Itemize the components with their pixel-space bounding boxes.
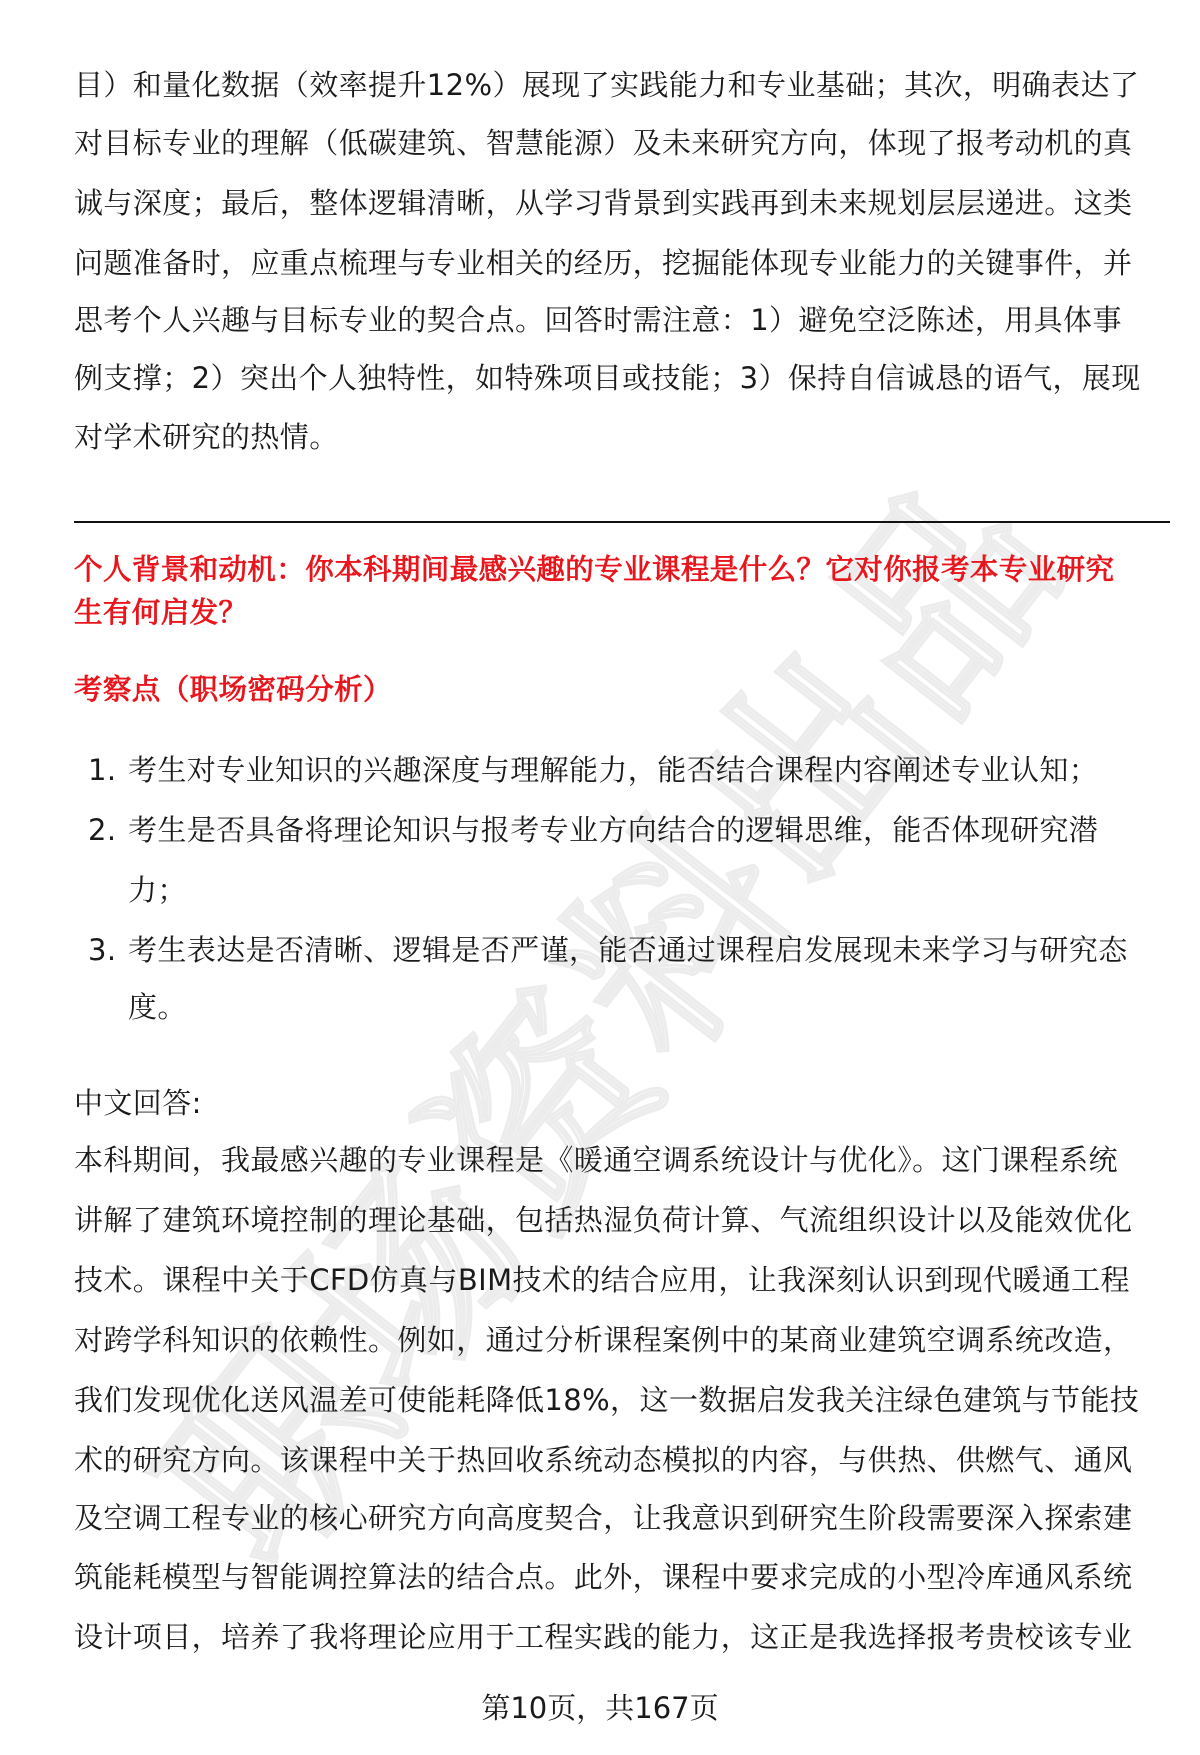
question-line: 生有何启发？ <box>74 593 1164 633</box>
paragraph-line: 例支撑；2）突出个人独特性，如特殊项目或技能；3）保持自信诚恳的语气，展现 <box>74 358 1164 398</box>
page-number: 第10页，共167页 <box>0 1688 1200 1728</box>
paragraph-line: 目）和量化数据（效率提升12%）展现了实践能力和专业基础；其次，明确表达了 <box>74 65 1164 105</box>
answer-line: 术的研究方向。该课程中关于热回收系统动态模拟的内容，与供热、供燃气、通风 <box>74 1440 1164 1480</box>
answer-line: 我们发现优化送风温差可使能耗降低18%，这一数据启发我关注绿色建筑与节能技 <box>74 1380 1164 1420</box>
answer-label: 中文回答: <box>74 1083 1164 1123</box>
list-text: 度。 <box>128 987 187 1027</box>
list-text: 考生对专业知识的兴趣深度与理解能力，能否结合课程内容阐述专业认知； <box>128 750 1098 790</box>
answer-line: 讲解了建筑环境控制的理论基础，包括热湿负荷计算、气流组织设计以及能效优化 <box>74 1200 1164 1240</box>
answer-line: 设计项目，培养了我将理论应用于工程实践的能力，这正是我选择报考贵校该专业 <box>74 1617 1164 1657</box>
assessment-title: 考察点（职场密码分析） <box>74 670 1164 710</box>
list-number: 3. <box>88 930 116 970</box>
list-text: 力； <box>128 870 187 910</box>
answer-line: 本科期间，我最感兴趣的专业课程是《暖通空调系统设计与优化》。这门课程系统 <box>74 1140 1164 1180</box>
paragraph-line: 对学术研究的热情。 <box>74 417 1164 457</box>
paragraph-line: 对目标专业的理解（低碳建筑、智慧能源）及未来研究方向，体现了报考动机的真 <box>74 123 1164 163</box>
paragraph-line: 思考个人兴趣与目标专业的契合点。回答时需注意：1）避免空泛陈述，用具体事 <box>74 300 1164 340</box>
answer-line: 对跨学科知识的依赖性。例如，通过分析课程案例中的某商业建筑空调系统改造， <box>74 1320 1164 1360</box>
question-line: 个人背景和动机：你本科期间最感兴趣的专业课程是什么？它对你报考本专业研究 <box>74 550 1164 590</box>
paragraph-line: 问题准备时，应重点梳理与专业相关的经历，挖掘能体现专业能力的关键事件，并 <box>74 243 1164 283</box>
answer-line: 筑能耗模型与智能调控算法的结合点。此外，课程中要求完成的小型冷库通风系统 <box>74 1557 1164 1597</box>
list-text: 考生表达是否清晰、逻辑是否严谨，能否通过课程启发展现未来学习与研究态 <box>128 930 1128 970</box>
answer-line: 及空调工程专业的核心研究方向高度契合，让我意识到研究生阶段需要深入探索建 <box>74 1498 1164 1538</box>
list-number: 1. <box>88 750 116 790</box>
list-text: 考生是否具备将理论知识与报考专业方向结合的逻辑思维，能否体现研究潜 <box>128 810 1098 850</box>
section-divider <box>74 521 1170 523</box>
paragraph-line: 诚与深度；最后，整体逻辑清晰，从学习背景到实践再到未来规划层层递进。这类 <box>74 183 1164 223</box>
answer-line: 技术。课程中关于CFD仿真与BIM技术的结合应用，让我深刻认识到现代暖通工程 <box>74 1260 1164 1300</box>
list-number: 2. <box>88 810 116 850</box>
